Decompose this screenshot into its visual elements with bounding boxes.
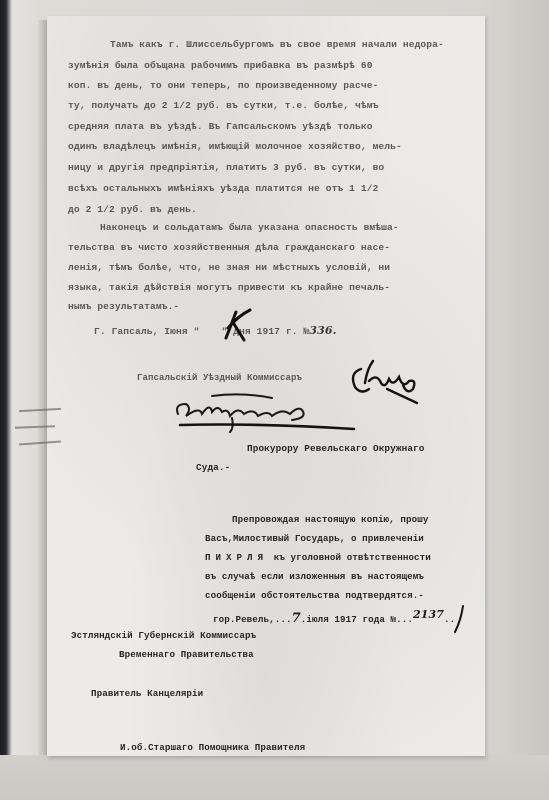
cover-number-handwritten: 2137	[413, 608, 444, 621]
addressee-line-2: Суда.-	[196, 462, 230, 473]
photo-backdrop-bottom	[0, 755, 549, 800]
signature-onikol	[172, 388, 362, 438]
document-number: 336.	[309, 324, 336, 337]
body-line: ту, получать до 2 1/2 руб. въ сутки, т.е…	[68, 100, 378, 111]
cover-note-line: Препровождая настоящую копію, прошу	[232, 514, 428, 525]
cover-note-text: къ уголовной отвѣтственности	[274, 552, 431, 563]
dateline: Г. Гапсаль, Іюня "" дня 1917 г. №336.	[94, 324, 337, 337]
addressee-line-1: Прокурору Ревельскаго Окружнаго	[247, 443, 425, 454]
body-line: средняя плата въ уѣздѣ. Въ Гапсальскомъ …	[68, 121, 373, 132]
cover-note-line: ПИХРЛЯ къ уголовной отвѣтственности	[205, 552, 431, 563]
document-sheet: Тамъ какъ г. Шлиссельбургомъ въ свое вре…	[47, 16, 485, 756]
body-line: всѣхъ остальныхъ имѣніяхъ уѣзда платится…	[68, 183, 378, 194]
body-line: до 2 1/2 руб. въ день.	[68, 204, 197, 215]
cover-note-line: въ случаѣ если изложенныя въ настоящемъ	[205, 571, 424, 582]
dateline-month: Іюня	[164, 326, 187, 337]
accused-name: ПИХРЛЯ	[205, 552, 268, 563]
cover-dateline: гор.Ревель,...7.іюля 1917 года №...2137.…	[213, 608, 455, 626]
cover-day-handwritten: 7	[292, 611, 301, 626]
body-line: тельства въ чисто хозяйственныя дѣла гра…	[68, 242, 390, 253]
cover-note-line: Васъ,Милостивый Государь, о привлеченіи	[205, 533, 424, 544]
dateline-place: Г. Гапсаль,	[94, 326, 158, 337]
body-line: коп. въ день, то они теперь, по произвед…	[68, 80, 378, 91]
provisional-government-line: Временнаго Правительства	[119, 649, 254, 660]
cover-note-line: сообщеніи обстоятельства подтвердятся.-	[205, 590, 424, 601]
commissar-title: Гапсальскій Уѣздный Коммиссаръ	[137, 373, 302, 383]
cover-dateline-rest: .іюля 1917 года №...	[301, 614, 413, 625]
senior-assistant-line: И.об.Старшаго Помощника Правителя	[120, 742, 305, 753]
handwritten-day-mark	[220, 306, 260, 346]
body-line: языка, такія дѣйствія могутъ привести къ…	[68, 282, 390, 293]
body-line: зумѣнія была объщана рабочимъ прибавка в…	[68, 60, 373, 71]
body-line: ницу и другія предпріятія, платить 3 руб…	[68, 162, 384, 173]
body-line: ленія, тѣмъ болѣе, что, не зная ни мѣстн…	[68, 262, 390, 273]
body-line: нымъ результатамъ.-	[68, 301, 179, 312]
handwritten-stroke	[451, 604, 471, 636]
body-line: одинъ владѣлецъ имѣнія, имѣющій молочное…	[68, 141, 402, 152]
body-line: Тамъ какъ г. Шлиссельбургомъ въ свое вре…	[110, 39, 444, 50]
quote-open: "	[194, 326, 200, 337]
cover-dateline-prefix: гор.Ревель,...	[213, 614, 292, 625]
chancellery-head-line: Правитель Канцеляріи	[91, 688, 203, 699]
governor-commissar-line: Эстляндскій Губернскій Коммиссаръ	[71, 630, 256, 641]
body-line: Наконецъ и сольдатамъ была указана опасн…	[100, 222, 399, 233]
